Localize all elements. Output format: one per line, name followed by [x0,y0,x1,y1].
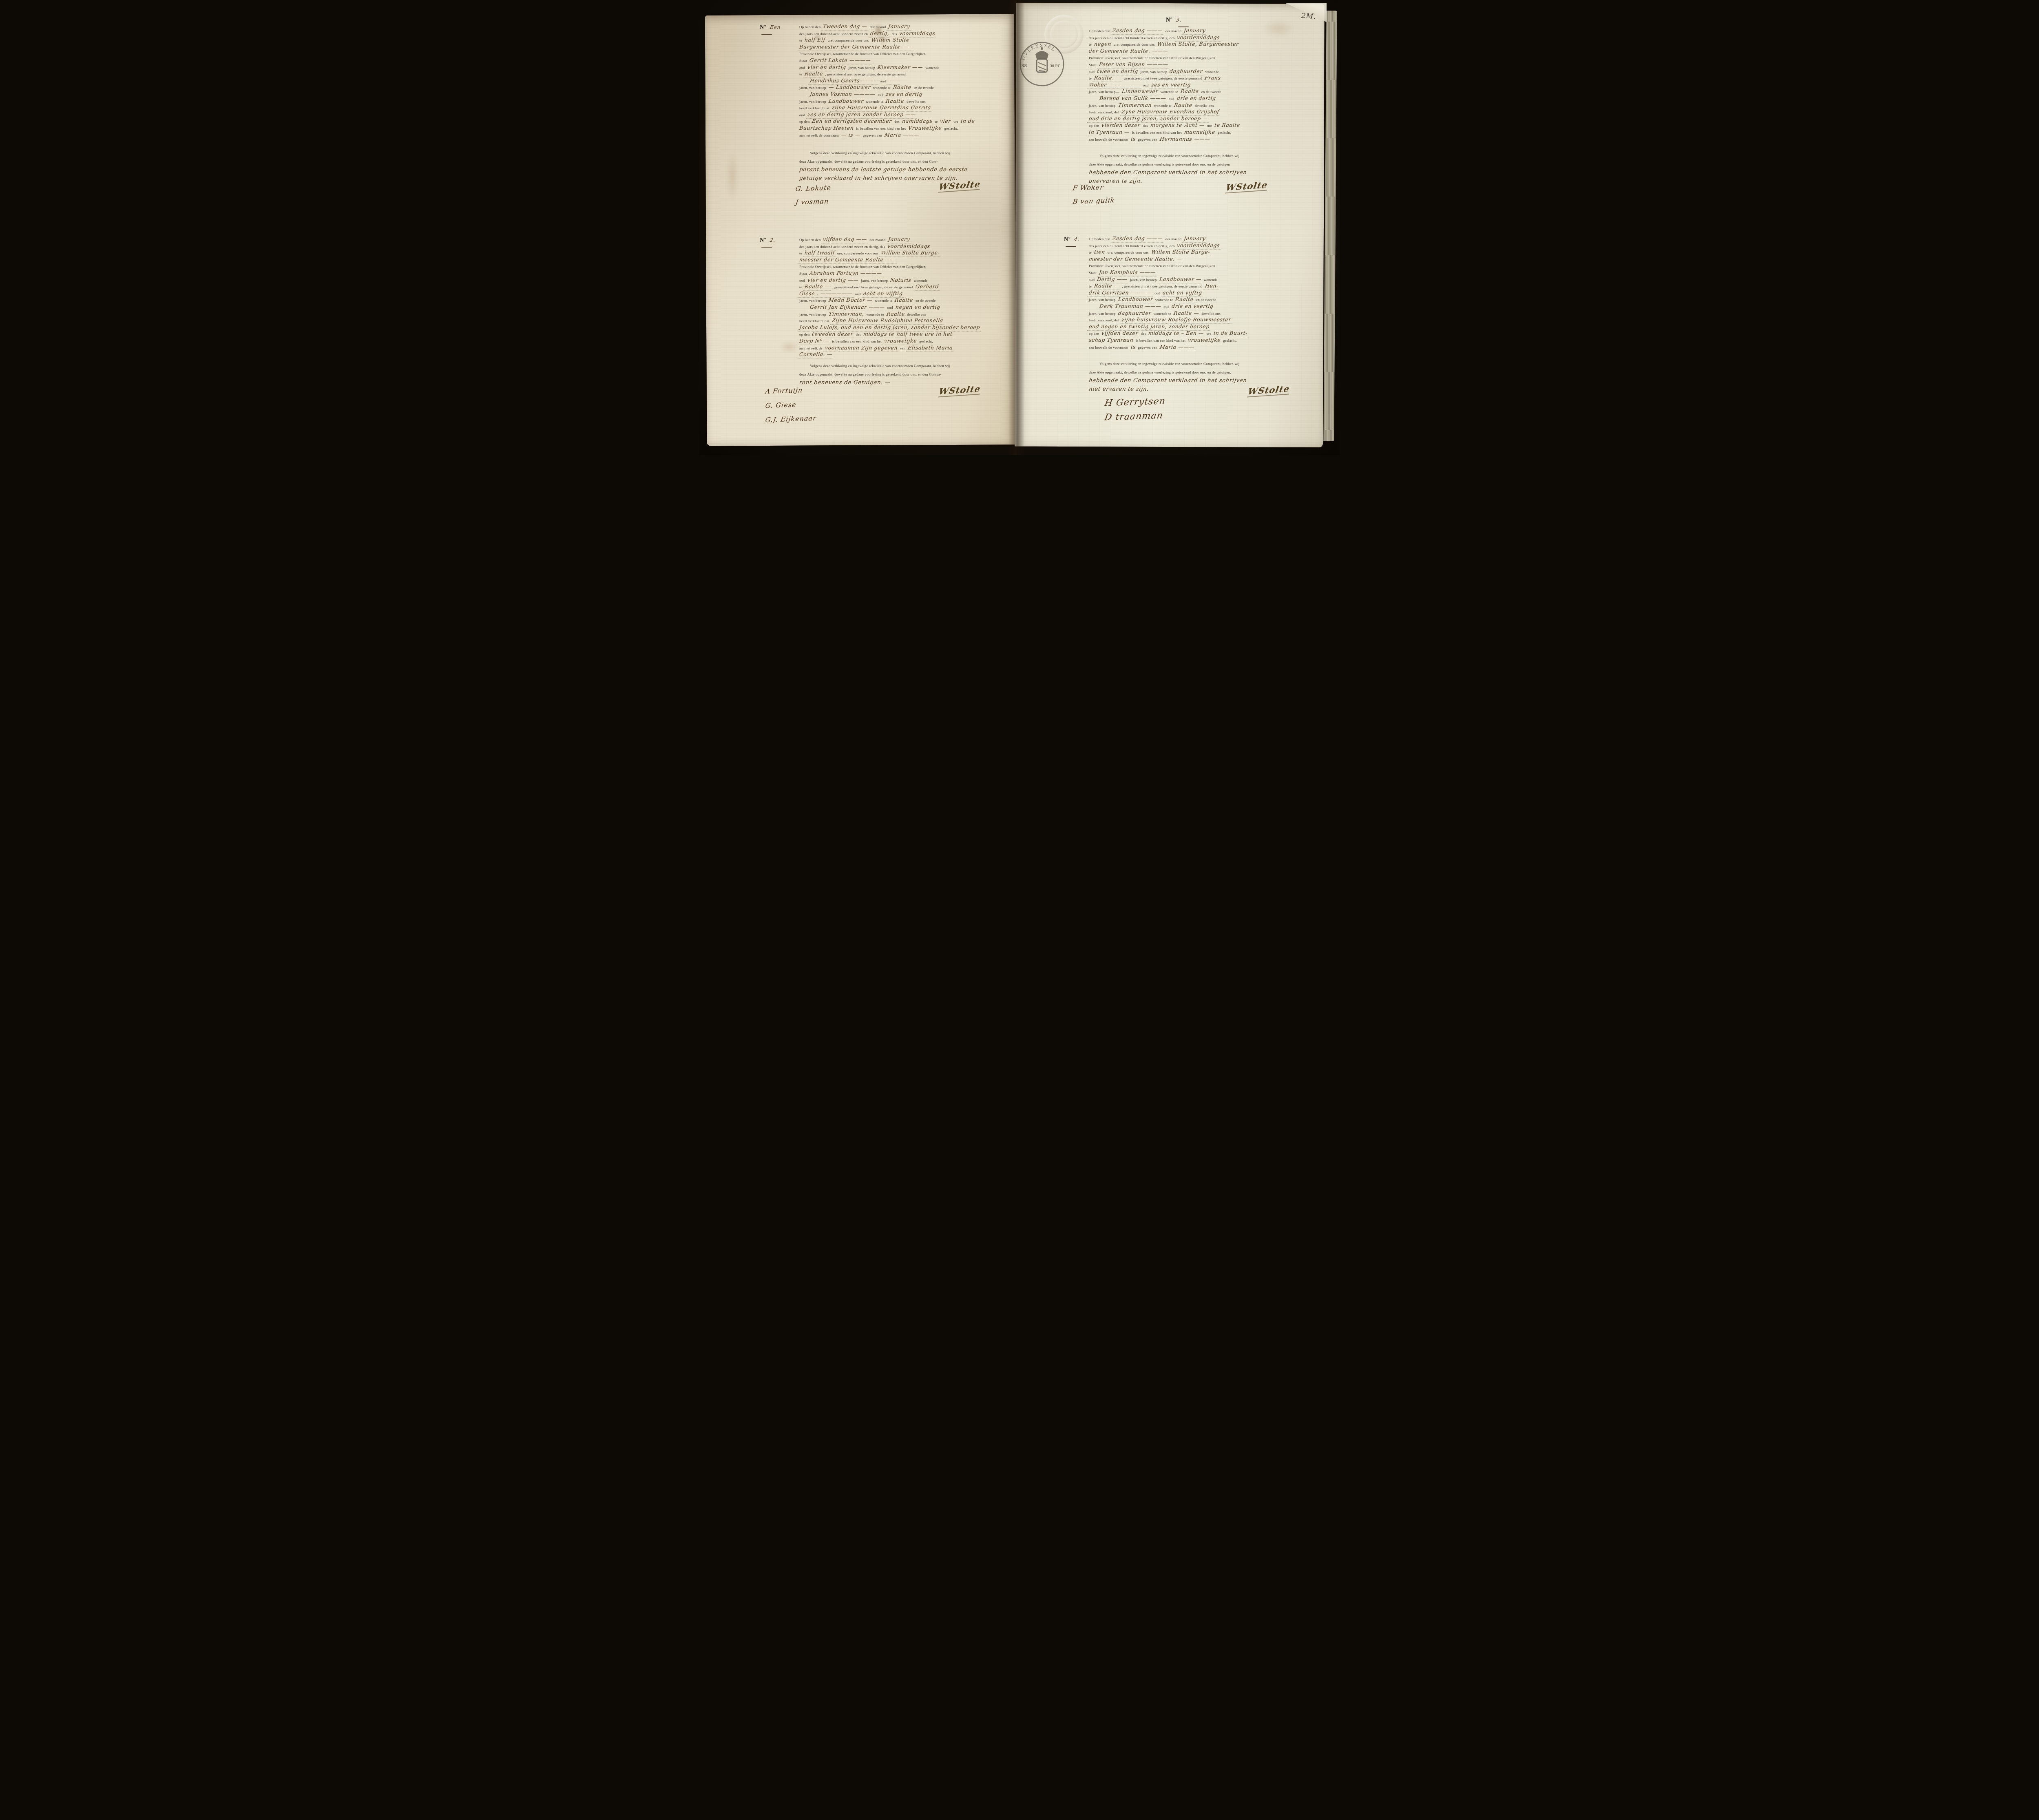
printed-form-text: oud [798,66,806,70]
record-line: teRaalte. —geassisteerd met twee getuige… [1088,74,1318,81]
handwritten-text: Timmerman, [827,311,865,318]
handwritten-text: middags te – Een — [1147,330,1206,337]
printed-form-text: oud [1088,70,1096,74]
record-line: drik Gerritsen ————oudacht en vijftig [1088,289,1318,296]
printed-form-text: jaren, van beroep [1129,278,1158,282]
printed-form-text: , geassisteerd met twee getuigen, de eer… [1121,284,1203,288]
record-line: StaatGerrit Lokate ———— [798,57,1011,64]
record-line: Burgemeester der Gemeente Raalte —— [798,43,1011,50]
printed-form-text: dewelke ons [1200,312,1222,316]
printed-form-text: des [893,119,901,124]
record-line: Op heden denZesden dag ———der maandJanua… [1088,27,1318,34]
printed-form-text: geslacht, [1216,130,1233,135]
handwritten-text: drik Gerritsen ———— [1087,290,1154,297]
record-body: Op heden denvijfden dag ——der maandJanua… [798,236,1011,358]
handwritten-text: half Elf [803,37,827,44]
handwritten-text: Buurtschap Heeten [798,125,856,132]
handwritten-text: Gerrit Jan Eijkenaar ——— [808,304,887,311]
printed-form-text: te [798,251,803,255]
printed-form-text: ure [952,119,960,124]
printed-form-text: heeft verklaard, dat [1088,110,1120,114]
handwritten-text: half twaalf [803,250,836,257]
record-closing: Volgens deze verklaring en ingevolge rek… [1088,150,1318,185]
printed-form-text: wonende te [874,299,893,303]
handwritten-text: Acht — [1183,122,1206,129]
handwritten-text: January [887,236,912,243]
printed-form-text: aan hetwelk de [798,346,824,350]
printed-form-text: op den [1088,124,1100,128]
record-line: aan hetwelk devoornaamen Zijn gegevenvan… [798,344,1011,351]
printed-form-text: Provincie Overijssel, waarnemende de fun… [1088,56,1216,60]
printed-form-text: jaren, van beroep [847,66,877,70]
printed-form-text: deze Akte opgemaakt, dewelke na gedane v… [1088,370,1232,374]
handwritten-text: zes en veertig [1150,82,1193,89]
record-line: jaren, van beroepMedn Doctor —wonende te… [798,296,1011,303]
printed-form-text: te [1088,250,1093,254]
record-line: Provincie Overijssel, waarnemende de fun… [1088,54,1318,61]
record-line: Provincie Overijssel, waarnemende de fun… [1088,262,1318,269]
printed-form-text: wonende [1203,278,1219,282]
printed-form-text: jaren, van beroep [860,279,889,283]
record-line: Provincie Overijssel, waarnemende de fun… [798,263,1011,270]
handwritten-text: hebbende den Comparant verklaard in het … [1087,168,1249,177]
birth-record-3: Nº 3. Op heden denZesden dag ———der maan… [1064,27,1318,231]
printed-form-text: Staat [798,59,808,63]
printed-form-text: en de tweede [914,299,937,303]
record-line: aan hetwelk de voornaamisgegeven vanHerm… [1088,135,1318,142]
record-line: der Gemeente Raalte. ——— [1088,47,1318,54]
record-line: in Tyenraan —is bevallen van een kind va… [1088,128,1318,135]
record-line: des jaars een duizend acht honderd zeven… [1088,242,1318,249]
printed-form-text: wonende te [1154,298,1174,302]
printed-form-text: der maand [1164,237,1183,241]
handwritten-text: Hendrikus Geerts ——— [808,77,879,85]
printed-form-text: oud [876,93,885,97]
record-line: op denvijfden dezerdesmiddags te – Een —… [1088,330,1318,336]
handwritten-text: vijfden dag —— [821,236,869,243]
closing-line: deze Akte opgemaakt, dewelke na gedane v… [798,369,1011,378]
printed-form-text: Volgens deze verklaring en ingevolge rek… [809,364,951,368]
printed-form-text: deze Akte opgemaakt, dewelke na gedane v… [1088,162,1231,166]
record-line: des jaars een duizend acht honderd zeven… [798,243,1011,250]
svg-text:30 PC: 30 PC [1050,64,1061,69]
handwritten-text: Zijne Huisvrouw [830,317,880,325]
handwritten-text: oud drie en dertig jaren, zonder beroep … [1087,115,1210,123]
handwritten-text: drie en veertig [1170,303,1215,310]
handwritten-text: Willem Stolte Burge- [1150,249,1212,256]
handwritten-text: getuige verklaard in het schrijven onerv… [798,174,960,183]
printed-form-text: oud [1162,305,1170,309]
printed-form-text: des [1141,124,1149,128]
handwritten-text: Raalte — [1172,310,1201,317]
handwritten-text: niet ervaren te zijn. [1087,385,1151,394]
handwritten-text: Raalte [893,297,915,304]
printed-form-text: is bevallen van een kind van het [1131,130,1183,135]
printed-form-text: der maand [868,238,887,242]
handwritten-text: schap Tyenraan [1087,337,1135,344]
handwritten-text: Raalte [1172,102,1194,109]
printed-form-text: ure, compareerde voor ons [1106,250,1150,254]
printed-form-text: deze Akte opgemaakt, dewelke na gedane v… [798,372,942,376]
handwritten-text: Timmerman [1116,102,1153,109]
record-line: meester der Gemeente Raalte. — [1088,255,1318,262]
printed-form-text: Op heden den [1088,29,1111,33]
printed-form-text: ure [1205,332,1212,336]
handwritten-text: acht en vijftig [861,290,904,298]
handwritten-text: Vrouwelijke [907,125,944,132]
record-line: op denvierden dezerdesmorgens teAcht —ur… [1088,122,1318,128]
handwritten-text: middags te [862,331,896,338]
handwritten-text: Raalte [885,311,906,318]
printed-form-text: en de tweede [913,86,935,90]
record-line: Cornelia. — [798,351,1011,358]
witness-signatures: G. LokateJ vosman [796,184,831,206]
printed-form-text: wonende te [1159,90,1179,94]
record-line: Dorp Nº —is bevallen van een kind van he… [798,337,1011,344]
printed-form-text: jaren, van beroep [1139,70,1169,74]
printed-form-text: der maand [869,25,887,29]
printed-form-text: deze Akte opgemaakt, dewelke na gedane v… [798,159,939,164]
handwritten-text: Raalte. — [1092,75,1123,82]
handwritten-text: Elisabeth Maria [906,345,955,352]
printed-form-text: dewelke ons [905,100,927,104]
handwritten-text: Linnenwever [1120,88,1160,95]
handwritten-text: Tweeden dag — [821,23,869,31]
printed-form-text: wonende te [865,100,885,104]
handwritten-text: Raalte [891,84,913,91]
record-line: tetienure, compareerde voor onsWillem St… [1088,248,1318,255]
handwritten-text: acht en vijftig [1161,290,1204,297]
handwritten-text: vier en dertig —— [806,277,860,284]
printed-form-text: Op heden den [798,25,822,29]
record-line: jaren, van beroep—Linnenweverwonende teR… [1088,88,1318,95]
record-body: Op heden denZesden dag ———der maandJanua… [1088,27,1318,142]
record-line: Jacoba Lulofs, oud een en dertig jaren, … [798,324,1011,331]
witness-signatures: A FortuijnG. GieseG.J. Eijkenaar [765,387,816,423]
printed-form-text: oud [1142,83,1150,87]
printed-form-text: wonende te [1153,104,1173,108]
record-line: jaren, van beroepLandbouwerwonende teRaa… [798,97,1011,104]
printed-form-text: jaren, van beroep— [1088,90,1121,94]
witness-signature: J vosman [795,197,832,206]
record-line: oudvier en dertig ——jaren, van beroepNot… [798,276,1011,283]
handwritten-text: zijne Huisvrouw [830,104,879,112]
handwritten-text: Medn Doctor — [827,297,874,304]
handwritten-text: zes en dertig jaren [806,111,862,119]
record-line: jaren, van beroepdaghuurderwonende teRaa… [1088,310,1318,316]
printed-form-text: wonende te [865,312,885,316]
closing-line: Volgens deze verklaring en ingevolge rek… [809,148,1011,156]
witness-signature: G. Lokate [795,184,832,192]
handwritten-text: vrouwelijke [882,338,919,345]
handwritten-text: tien [1092,249,1107,256]
handwritten-text: is [1129,344,1137,351]
record-line: StaatAbraham Fortuyn ———— [798,270,1011,276]
handwritten-text: Jannes Vosman ———— [808,91,877,98]
printed-form-text: van [899,346,907,350]
printed-form-text: jaren, van beroep [1088,298,1117,302]
handwritten-text: — is — [840,132,862,139]
handwritten-text: Peter van Rijsen ———— [1097,61,1170,69]
handwritten-text: Raalte — [1092,283,1121,290]
record-line: jaren, van beroepLandbouwerwonende teRaa… [1088,296,1318,303]
handwritten-text: Landbouwer [1116,296,1154,303]
record-number-dash [1066,246,1076,247]
handwritten-text: Cornelia. — [798,351,834,358]
witness-signature: G.J. Eijkenaar [765,414,817,424]
record-line: Berend van Gulik ———ouddrie en dertig [1098,95,1318,102]
record-line: Giese . ——————oudacht en vijftig [798,290,1011,297]
record-number-label: Nº [760,24,767,31]
handwritten-text: in Tyenraan — [1087,129,1132,136]
printed-form-text: jaren, van beroep [1088,104,1117,108]
printed-form-text: heeft verklaard, dat [798,106,831,110]
printed-form-text: aan hetwelk de voornaam [1088,345,1130,349]
record-line: tenegenure, compareerde voor onsWillem S… [1088,40,1318,47]
printed-form-text: te [1088,284,1093,288]
record-line: jaren, van beroep— Landbouwerwonende teR… [798,84,1011,91]
printed-form-text: jaren, van beroep [798,100,827,104]
record-number-dash [761,247,772,248]
printed-form-text: aan hetwelk de voornaam [1088,137,1130,142]
handwritten-text: January [887,23,912,31]
printed-form-text: wonende te [872,86,892,90]
record-number-dash [761,34,772,35]
handwritten-text: Jan Kamphuis ——— [1097,269,1157,276]
handwritten-text: Derk Traanman ——— [1098,303,1163,310]
printed-form-text: is bevallen van een kind van het [855,126,907,130]
printed-form-text: jaren, van beroep [798,86,827,90]
record-number-label: Nº [760,237,767,243]
handwritten-text: Dorp Nº — [798,338,832,345]
printed-form-text: ure, compareerde voor ons [1112,42,1156,46]
handwritten-text: Notaris [889,277,913,284]
closing-line: deze Akte opgemaakt, dewelke na gedane v… [1088,159,1318,168]
handwritten-text: half twee ure in het [895,331,954,338]
record-line: op denEen en dertigsten decemberdesnamid… [798,117,1011,124]
printed-form-text: aan hetwelk de voornaam [798,133,840,137]
record-line: op dentweeden dezerdesmiddags tehalf twe… [798,330,1011,337]
handwritten-text: negen en dertig [893,304,942,311]
record-line: Op heden denZesden dag ———der maandJanua… [1088,235,1318,242]
handwritten-text: Rudolphina Petronella [879,317,945,325]
printed-form-text: des jaars een duizend acht honderd zeven… [1088,36,1176,40]
printed-form-text: des jaars een duizend acht honderd zeven… [798,245,886,249]
closing-line: onervaren te zijn. [1088,176,1318,185]
handwritten-text: vrouwelijke [1186,337,1223,344]
handwritten-text: Zyne Huisvrouw [1119,108,1169,116]
record-line: teRaalte, geassisteerd met twee getuigen… [798,70,1011,77]
witness-signature: H Gerrytsen [1104,396,1166,408]
handwritten-text: parant benevens de laatste getuige hebbe… [798,166,970,174]
birth-record-2: Nº 2. Op heden denvijfden dag ——der maan… [760,236,1011,446]
printed-form-text: Op heden den [1088,237,1111,241]
handwritten-text: vier en dertig [806,64,848,71]
handwritten-text: in de [959,118,977,125]
witness-signatures: H GerrytsenD traanman [1105,397,1165,422]
record-line: tehalf Elfure, compareerde voor onsWille… [798,36,1011,43]
closing-line: Volgens deze verklaring en ingevolge rek… [1098,358,1318,367]
crown-icon [1035,51,1048,59]
birth-record-1: Nº Een Op heden denTweeden dag —der maan… [760,23,1011,227]
printed-form-text: jaren, van beroep [1088,312,1117,316]
witness-signatures: F WokerB van gulik [1073,184,1115,205]
printed-form-text: op den [1088,332,1100,336]
record-line: aan hetwelk de voornaamisgegeven vanMari… [1088,343,1318,350]
printed-form-text: oud [1168,97,1176,101]
printed-form-text: te [798,38,803,42]
handwritten-text: Woker —————— [1087,82,1142,89]
printed-form-text: op den [798,332,811,336]
record-line: Jannes Vosman ————oudzes en dertig [809,91,1011,97]
witness-signature: G. Giese [765,400,817,409]
handwritten-text: Zesden dag ——— [1111,27,1165,35]
handwritten-text: Dertig —— [1095,276,1129,283]
printed-form-text: dewelke ons [906,312,927,316]
record-line: heeft verklaard, datZijne HuisvrouwRudol… [798,317,1011,324]
printed-form-text: geslacht, [943,126,960,130]
closing-line: deze Akte opgemaakt, dewelke na gedane v… [798,156,1011,165]
record-line: des jaars een duizend acht honderd zeven… [1088,34,1318,41]
birth-record-4: Nº 4. Op heden denZesden dag ———der maan… [1064,235,1318,447]
printed-form-text: oud [798,113,806,117]
handwritten-text: meester der Gemeente Raalte —— [798,257,898,264]
handwritten-text: voornaamen Zijn gegeven [823,345,899,352]
printed-form-text: Staat [798,272,808,276]
witness-signature: F Woker [1072,183,1115,192]
record-line: heeft verklaard, datZyne HuisvrouwEverdi… [1088,108,1318,115]
handwritten-text: Kleermaker —— [876,64,925,71]
witness-signature: D traanman [1104,410,1166,422]
closing-line: deze Akte opgemaakt, dewelke na gedane v… [1088,367,1318,376]
printed-form-text: wonende [924,66,941,70]
handwritten-text: Everdina Grijshof [1168,108,1221,116]
handwritten-text: is [1129,136,1137,143]
printed-form-text: te [1088,42,1093,46]
handwritten-text: daghuurder [1168,68,1204,75]
record-number: Nº Een [760,23,796,35]
handwritten-text: Hermannus ——— [1158,136,1212,143]
handwritten-text: voordemiddags [1175,34,1221,42]
record-number-value: 2. [768,237,777,243]
printed-form-text: gegeven van [862,133,883,137]
handwritten-text: voormiddags [898,30,937,38]
handwritten-text: Landbouwer [827,98,865,105]
record-line: Buurtschap Heetenis bevallen van een kin… [798,124,1011,131]
register-photo: OVERYSSEL 38 30 PC 2M. Nº Een Op heden d… [699,0,1340,455]
printed-form-text: en de tweede [1200,90,1223,94]
printed-form-text: oud [879,79,887,83]
handwritten-text: der Gemeente Raalte. ——— [1087,48,1170,55]
printed-form-text: te [798,285,803,289]
printed-form-text: wonende [913,279,929,283]
handwritten-text: Landbouwer — [1157,276,1203,283]
witness-signature: B van gulik [1072,196,1115,206]
printed-form-text: Provincie Overijssel, waarnemende de fun… [798,52,927,56]
printed-form-text: des [891,32,898,36]
handwritten-text: Abraham Fortuyn ———— [808,270,884,277]
printed-form-text: en de tweede [1195,298,1217,302]
record-number-label: Nº [1166,17,1173,23]
record-number: Nº 3. [1166,15,1215,27]
record-number-value: 4. [1073,236,1081,242]
printed-form-text: gegeven van [1137,345,1158,349]
printed-form-text: geassisteerd met twee getuigen, de eerst… [1123,76,1203,80]
printed-form-text: ure [1206,124,1213,128]
handwritten-text: in de Buurt- [1212,330,1249,337]
overijssel-tax-stamp-icon: OVERYSSEL 38 30 PC [1017,38,1066,88]
handwritten-text: January [1182,27,1207,35]
record-line: jaren, van beroepTimmermanwonende teRaal… [1088,102,1318,108]
handwritten-text: Een en dertigsten december [810,118,893,125]
record-line: heeft verklaard, datzijne huisvrouwRoelo… [1088,316,1318,323]
handwritten-text: vier [938,118,953,125]
handwritten-text: Hen- [1203,283,1220,290]
handwritten-text: Willem Stolte, Burgemeester [1156,41,1241,48]
printed-form-text: des [1140,332,1148,336]
handwritten-text: meester der Gemeente Raalte. — [1087,256,1184,263]
printed-form-text: Provincie Overijssel, waarnemende de fun… [1088,264,1216,268]
record-number: Nº 2. [760,236,796,248]
closing-line: Volgens deze verklaring en ingevolge rek… [1098,150,1318,159]
record-line: oudzes en dertig jarenzonder beroep —— [798,111,1011,118]
handwritten-text: zonder beroep —— [861,111,918,119]
record-line: Op heden denvijfden dag ——der maandJanua… [798,236,1011,243]
closing-line: parant benevens de laatste getuige hebbe… [798,165,1011,173]
handwritten-text: Raalte [1179,88,1201,95]
record-number-value: Een [768,24,782,30]
record-line: Op heden denTweeden dag —der maandJanuar… [798,23,1011,30]
record-line: oud negen en twintig jaren, zonder beroe… [1088,323,1318,330]
printed-form-text: oud [1088,278,1096,282]
handwritten-text: Raalte [884,98,906,105]
handwritten-text: zijne huisvrouw [1119,316,1167,324]
handwritten-text: Berend van Gulik ——— [1098,95,1168,102]
printed-form-text: gegeven van [1137,137,1158,142]
printed-form-text: Staat [1088,271,1098,275]
handwritten-text: January [1182,235,1207,243]
printed-form-text: heeft verklaard, dat [798,319,831,323]
handwritten-text: vierden dezer [1100,122,1142,129]
handwritten-text: Frans [1203,75,1223,82]
printed-form-text: te [1088,76,1093,80]
record-line: schap Tyenraanis bevallen van een kind v… [1088,336,1318,343]
handwritten-text: dertig, [869,30,891,38]
record-line: aan hetwelk de voornaam— is —gegeven van… [798,131,1011,138]
handwritten-text: Maria ——— [883,132,921,139]
printed-form-text: op den [798,119,811,124]
record-line: tehalf twaalfure, compareerde voor onsWi… [798,249,1011,256]
printed-form-text: oud [854,292,862,296]
printed-form-text: Provincie Overijssel, waarnemende de fun… [798,265,927,269]
printed-form-text: wonende [1204,70,1220,74]
record-line: meester der Gemeente Raalte —— [798,256,1011,263]
printed-form-text: is bevallen van een kind van het [831,339,883,343]
printed-form-text: dewelke ons [1194,104,1215,108]
printed-form-text: Volgens deze verklaring en ingevolge rek… [1098,154,1241,158]
record-line: StaatJan Kamphuis ——— [1088,269,1318,276]
record-number-value: 3. [1174,17,1183,23]
handwritten-text: twee en dertig [1095,68,1140,75]
handwritten-text: Gerhard [913,283,940,291]
printed-form-text: geslacht, [1222,338,1238,343]
handwritten-text: Giese . —————— [798,290,854,298]
record-line: heeft verklaard, datzijne HuisvrouwGerri… [798,104,1011,111]
handwritten-text: daghuurder [1116,310,1152,317]
closing-line: hebbende den Comparant verklaard in het … [1088,376,1318,384]
printed-form-text: , geassisteerd met twee getuigen, de eer… [824,72,907,76]
handwritten-text: Raalte [803,71,825,78]
